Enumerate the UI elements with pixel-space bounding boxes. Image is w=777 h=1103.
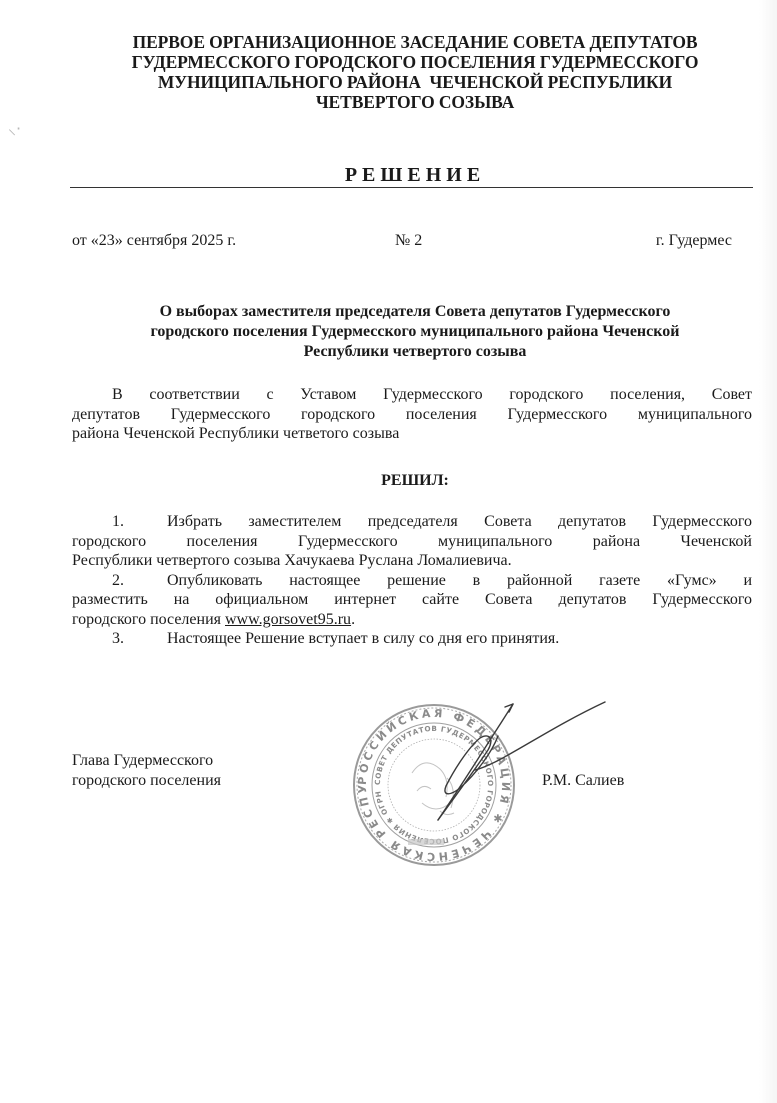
preamble-line: депутатов Гудермесского городского посел… bbox=[72, 405, 752, 425]
item-text: городского поселения bbox=[72, 611, 225, 628]
scan-edge-shadow bbox=[759, 0, 777, 1103]
decision-item-1: 1. Избрать заместителем председателя Сов… bbox=[72, 512, 752, 571]
signer-position: Глава Гудермесского городского поселения bbox=[72, 751, 221, 791]
item-text: Опубликовать настоящее решение в районно… bbox=[167, 571, 752, 591]
decision-subject: О выборах заместителя председателя Совет… bbox=[70, 302, 760, 362]
item-number: 2. bbox=[112, 571, 167, 591]
decided-heading: РЕШИЛ: bbox=[70, 471, 760, 491]
item-text: . bbox=[351, 611, 355, 628]
preamble-line: В соответствии с Уставом Гудермесского г… bbox=[72, 385, 752, 405]
item-number: 1. bbox=[112, 512, 167, 532]
decision-city: г. Гудермес bbox=[656, 231, 732, 251]
subject-line: О выборах заместителя председателя Совет… bbox=[70, 302, 760, 322]
signer-position-line: Глава Гудермесского bbox=[72, 751, 221, 771]
item-text-last: городского поселения www.gorsovet95.ru. bbox=[72, 610, 752, 630]
item-text: городского поселения Гудермесского муниц… bbox=[72, 532, 752, 552]
decision-items-list: 1. Избрать заместителем председателя Сов… bbox=[72, 512, 752, 649]
document-page: ⸜· ПЕРВОЕ ОРГАНИЗАЦИОННОЕ ЗАСЕДАНИЕ СОВЕ… bbox=[0, 0, 777, 1103]
item-text: разместить на официальном интернет сайте… bbox=[72, 590, 752, 610]
decision-number: № 2 bbox=[395, 231, 422, 251]
signer-position-line: городского поселения bbox=[72, 771, 221, 791]
decision-item-2: 2. Опубликовать настоящее решение в райо… bbox=[72, 571, 752, 630]
decision-date: от «23» сентября 2025 г. bbox=[72, 231, 236, 251]
item-text: Избрать заместителем председателя Совета… bbox=[167, 512, 752, 532]
title-line: ПЕРВОЕ ОРГАНИЗАЦИОННОЕ ЗАСЕДАНИЕ СОВЕТА … bbox=[70, 32, 760, 52]
item-text: Республики четвертого созыва Хачукаева Р… bbox=[72, 551, 752, 571]
preamble-paragraph: В соответствии с Уставом Гудермесского г… bbox=[72, 385, 752, 444]
item-text: Настоящее Решение вступает в силу со дня… bbox=[167, 629, 559, 649]
document-type-heading: РЕШЕНИЕ bbox=[70, 164, 760, 186]
council-session-title: ПЕРВОЕ ОРГАНИЗАЦИОННОЕ ЗАСЕДАНИЕ СОВЕТА … bbox=[70, 32, 760, 112]
subject-line: Республики четвертого созыва bbox=[70, 342, 760, 362]
signer-name: Р.М. Салиев bbox=[542, 771, 624, 791]
council-website-link[interactable]: www.gorsovet95.ru bbox=[225, 611, 351, 628]
title-line: ЧЕТВЕРТОГО СОЗЫВА bbox=[70, 92, 760, 112]
title-line: МУНИЦИПАЛЬНОГО РАЙОНА ЧЕЧЕНСКОЙ РЕСПУБЛИ… bbox=[70, 72, 760, 92]
scan-artifact-icon: ⸜· bbox=[8, 118, 30, 140]
horizontal-divider bbox=[70, 187, 753, 188]
decision-item-3: 3. Настоящее Решение вступает в силу со … bbox=[72, 629, 752, 649]
subject-line: городского поселения Гудермесского муниц… bbox=[70, 322, 760, 342]
title-line: ГУДЕРМЕССКОГО ГОРОДСКОГО ПОСЕЛЕНИЯ ГУДЕР… bbox=[70, 52, 760, 72]
handwritten-signature-icon bbox=[380, 690, 620, 840]
preamble-line: района Чеченской Республики четветого со… bbox=[72, 424, 752, 444]
item-number: 3. bbox=[112, 629, 167, 649]
